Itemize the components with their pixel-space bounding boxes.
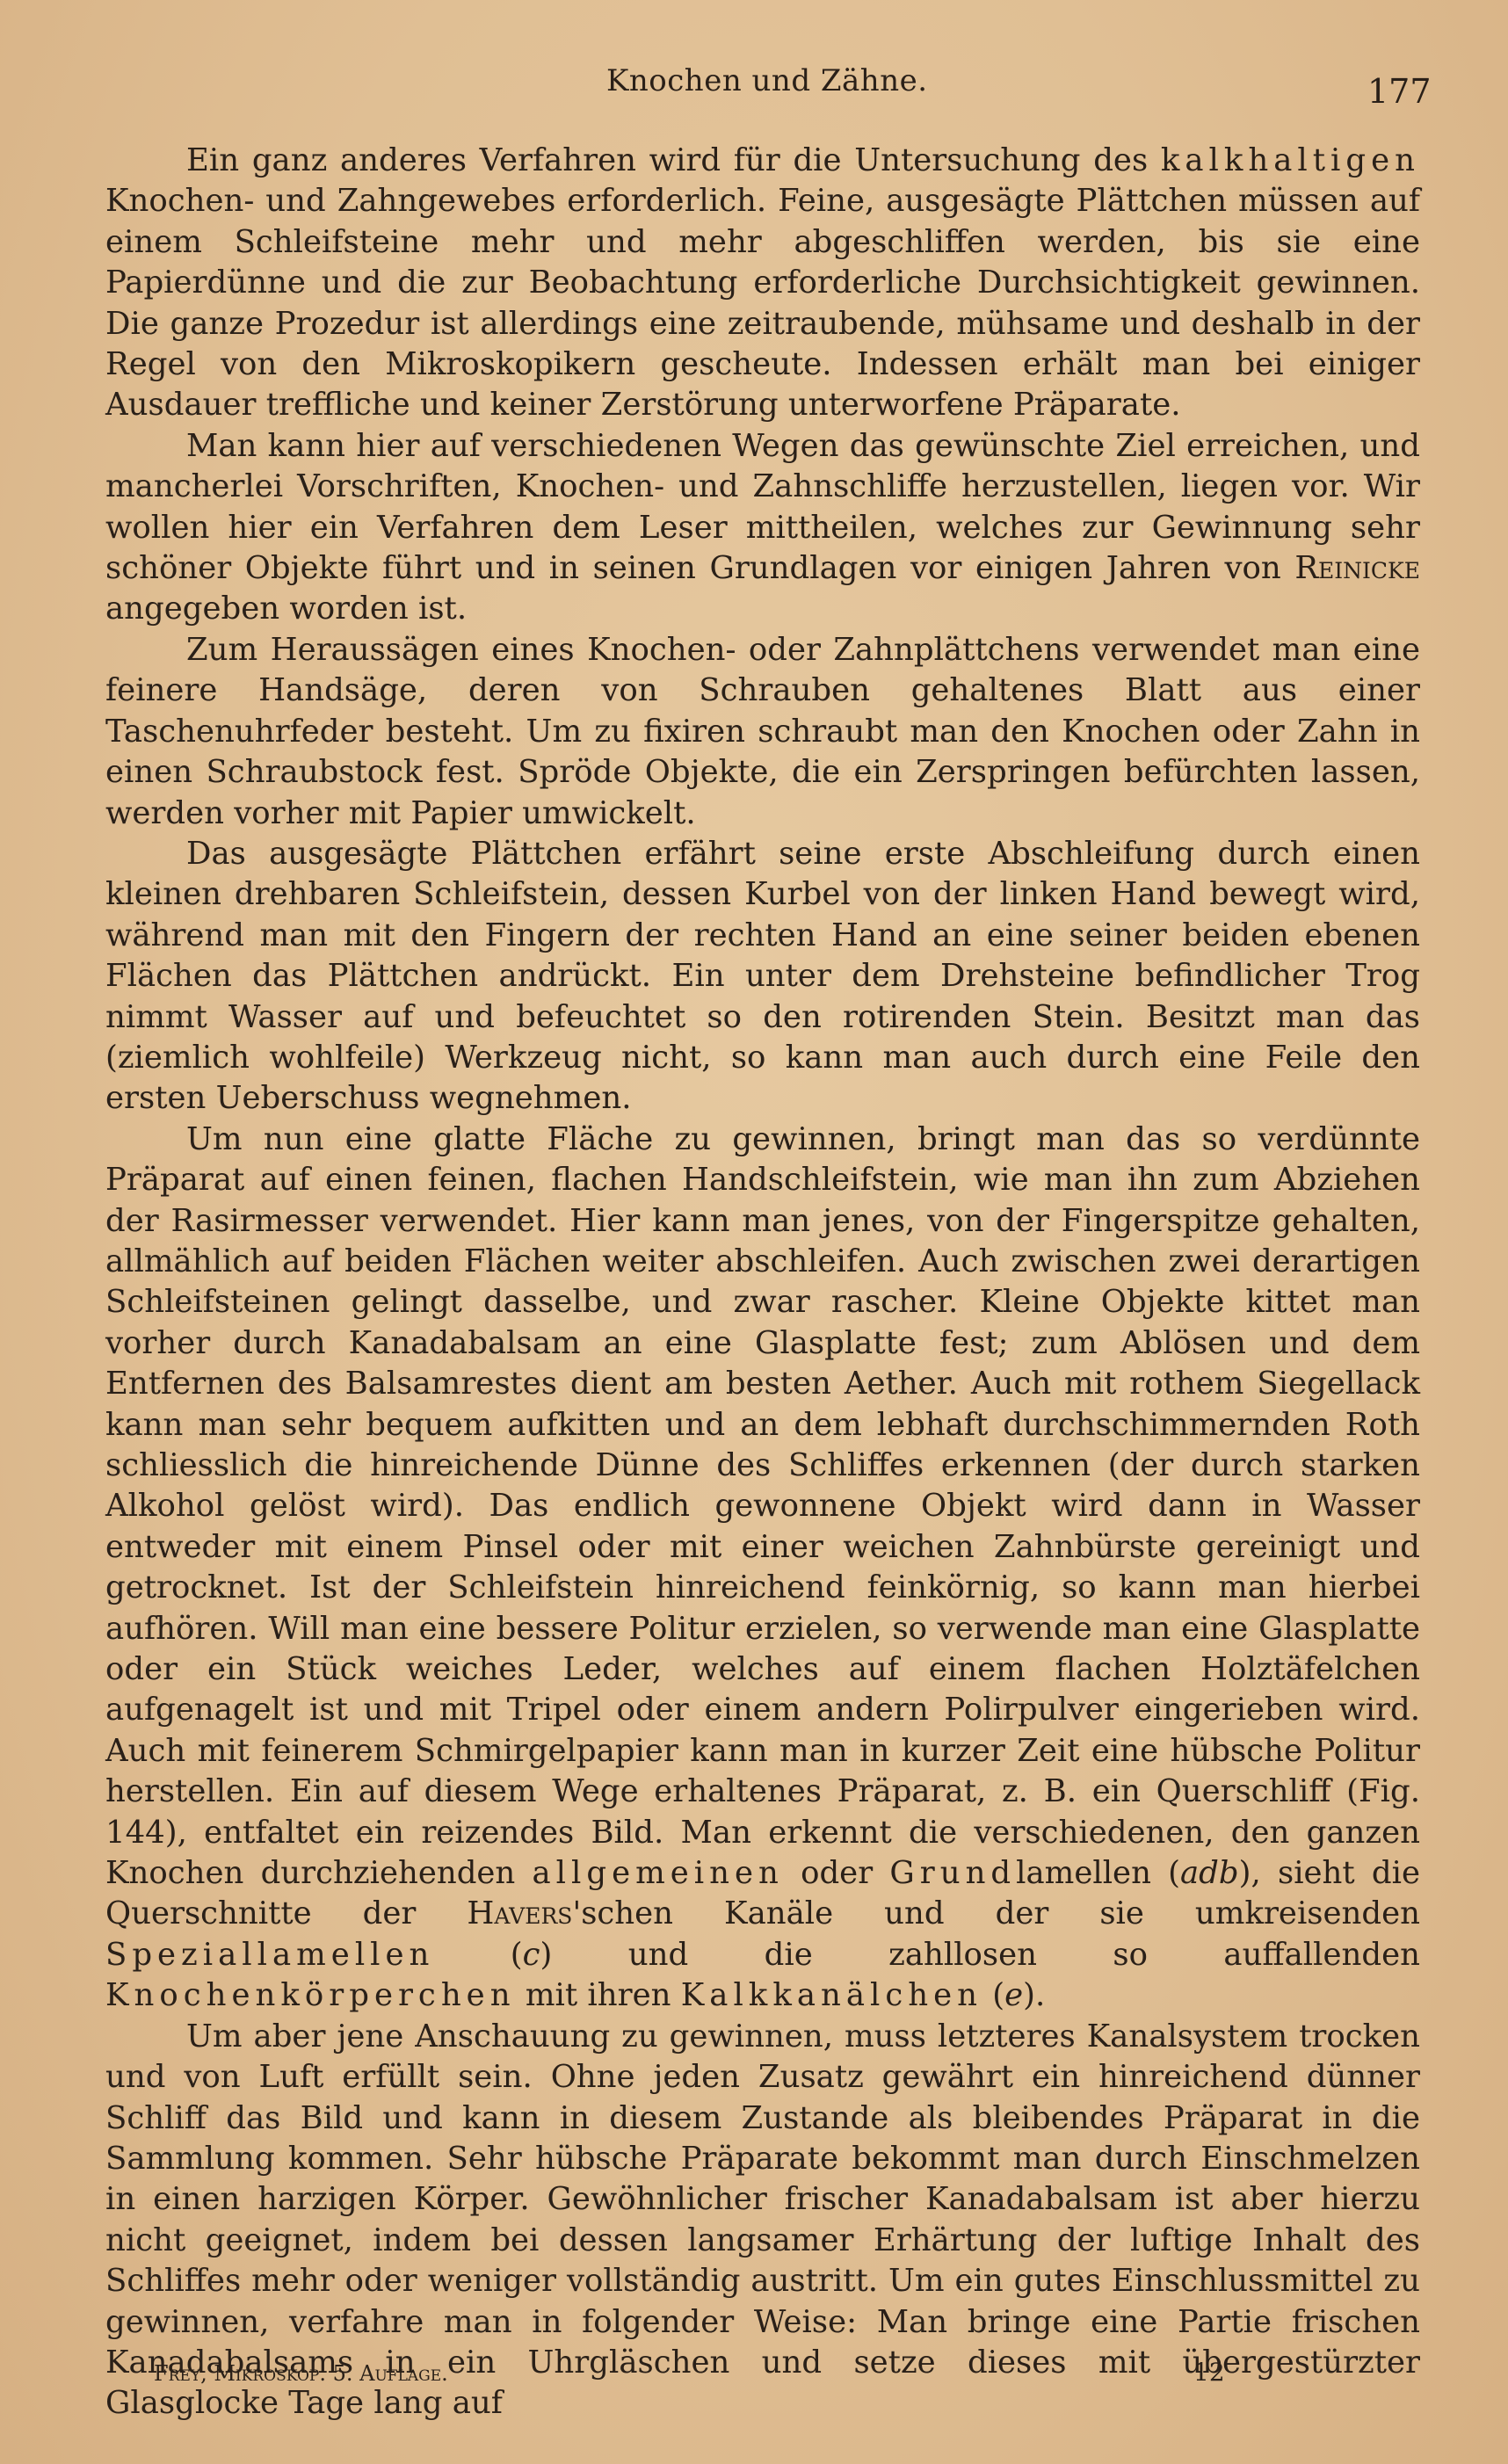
text-run: angegeben worden ist. [105, 591, 467, 627]
text-run: ( [982, 1977, 1004, 2013]
text-run: 'schen Kanäle und der sie umkreisenden [572, 1895, 1420, 1931]
text-run: mit ihren [516, 1977, 681, 2013]
emphasized-text: Havers [467, 1895, 572, 1931]
text-run: oder [784, 1855, 890, 1891]
paragraph: Man kann hier auf verschiedenen Wegen da… [105, 426, 1420, 630]
text-run: Um nun eine glatte Fläche zu gewinnen, b… [105, 1121, 1420, 1891]
text-run: Das ausgesägte Plättchen erfährt seine e… [105, 836, 1420, 1116]
text-run: lamellen ( [1016, 1855, 1180, 1891]
paragraph: Das ausgesägte Plättchen erfährt seine e… [105, 834, 1420, 1120]
running-title: Knochen und Zähne. [606, 63, 928, 98]
text-run: ) und die zahllosen so auffallenden [540, 1937, 1420, 1973]
text-run: Zum Heraussägen eines Knochen- oder Zahn… [105, 632, 1420, 831]
paragraph: Ein ganz anderes Verfahren wird für die … [105, 141, 1420, 426]
page-number: 177 [1367, 72, 1432, 111]
text-run: Ein ganz anderes Verfahren wird für die … [186, 142, 1161, 178]
emphasized-text: e [1004, 1977, 1023, 2013]
emphasized-text: Speziallamellen [105, 1937, 434, 1973]
emphasized-text: Grund [889, 1855, 1016, 1891]
emphasized-text: Reinicke [1294, 550, 1420, 586]
paragraph: Um nun eine glatte Fläche zu gewinnen, b… [105, 1120, 1420, 2017]
signature-mark: 12 [1193, 2358, 1225, 2387]
emphasized-text: allgemeinen [533, 1855, 784, 1891]
emphasized-text: kalkhaltigen [1161, 142, 1420, 178]
text-run: ). [1023, 1977, 1045, 2013]
text-run: Knochen- und Zahngewebes erforderlich. F… [105, 183, 1420, 423]
emphasized-text: Knochenkörperchen [105, 1977, 516, 2013]
body-text: Ein ganz anderes Verfahren wird für die … [105, 141, 1420, 2424]
page-header: Knochen und Zähne. 177 [0, 63, 1508, 107]
emphasized-text: adb [1180, 1855, 1239, 1891]
text-run: Man kann hier auf verschiedenen Wegen da… [105, 428, 1420, 586]
book-reference: Frey, Mikroskop. 5. Auflage. [154, 2361, 448, 2386]
paragraph: Zum Heraussägen eines Knochen- oder Zahn… [105, 630, 1420, 834]
emphasized-text: Kalkkanälchen [681, 1977, 982, 2013]
text-run: ( [434, 1937, 522, 1973]
emphasized-text: c [523, 1937, 540, 1973]
